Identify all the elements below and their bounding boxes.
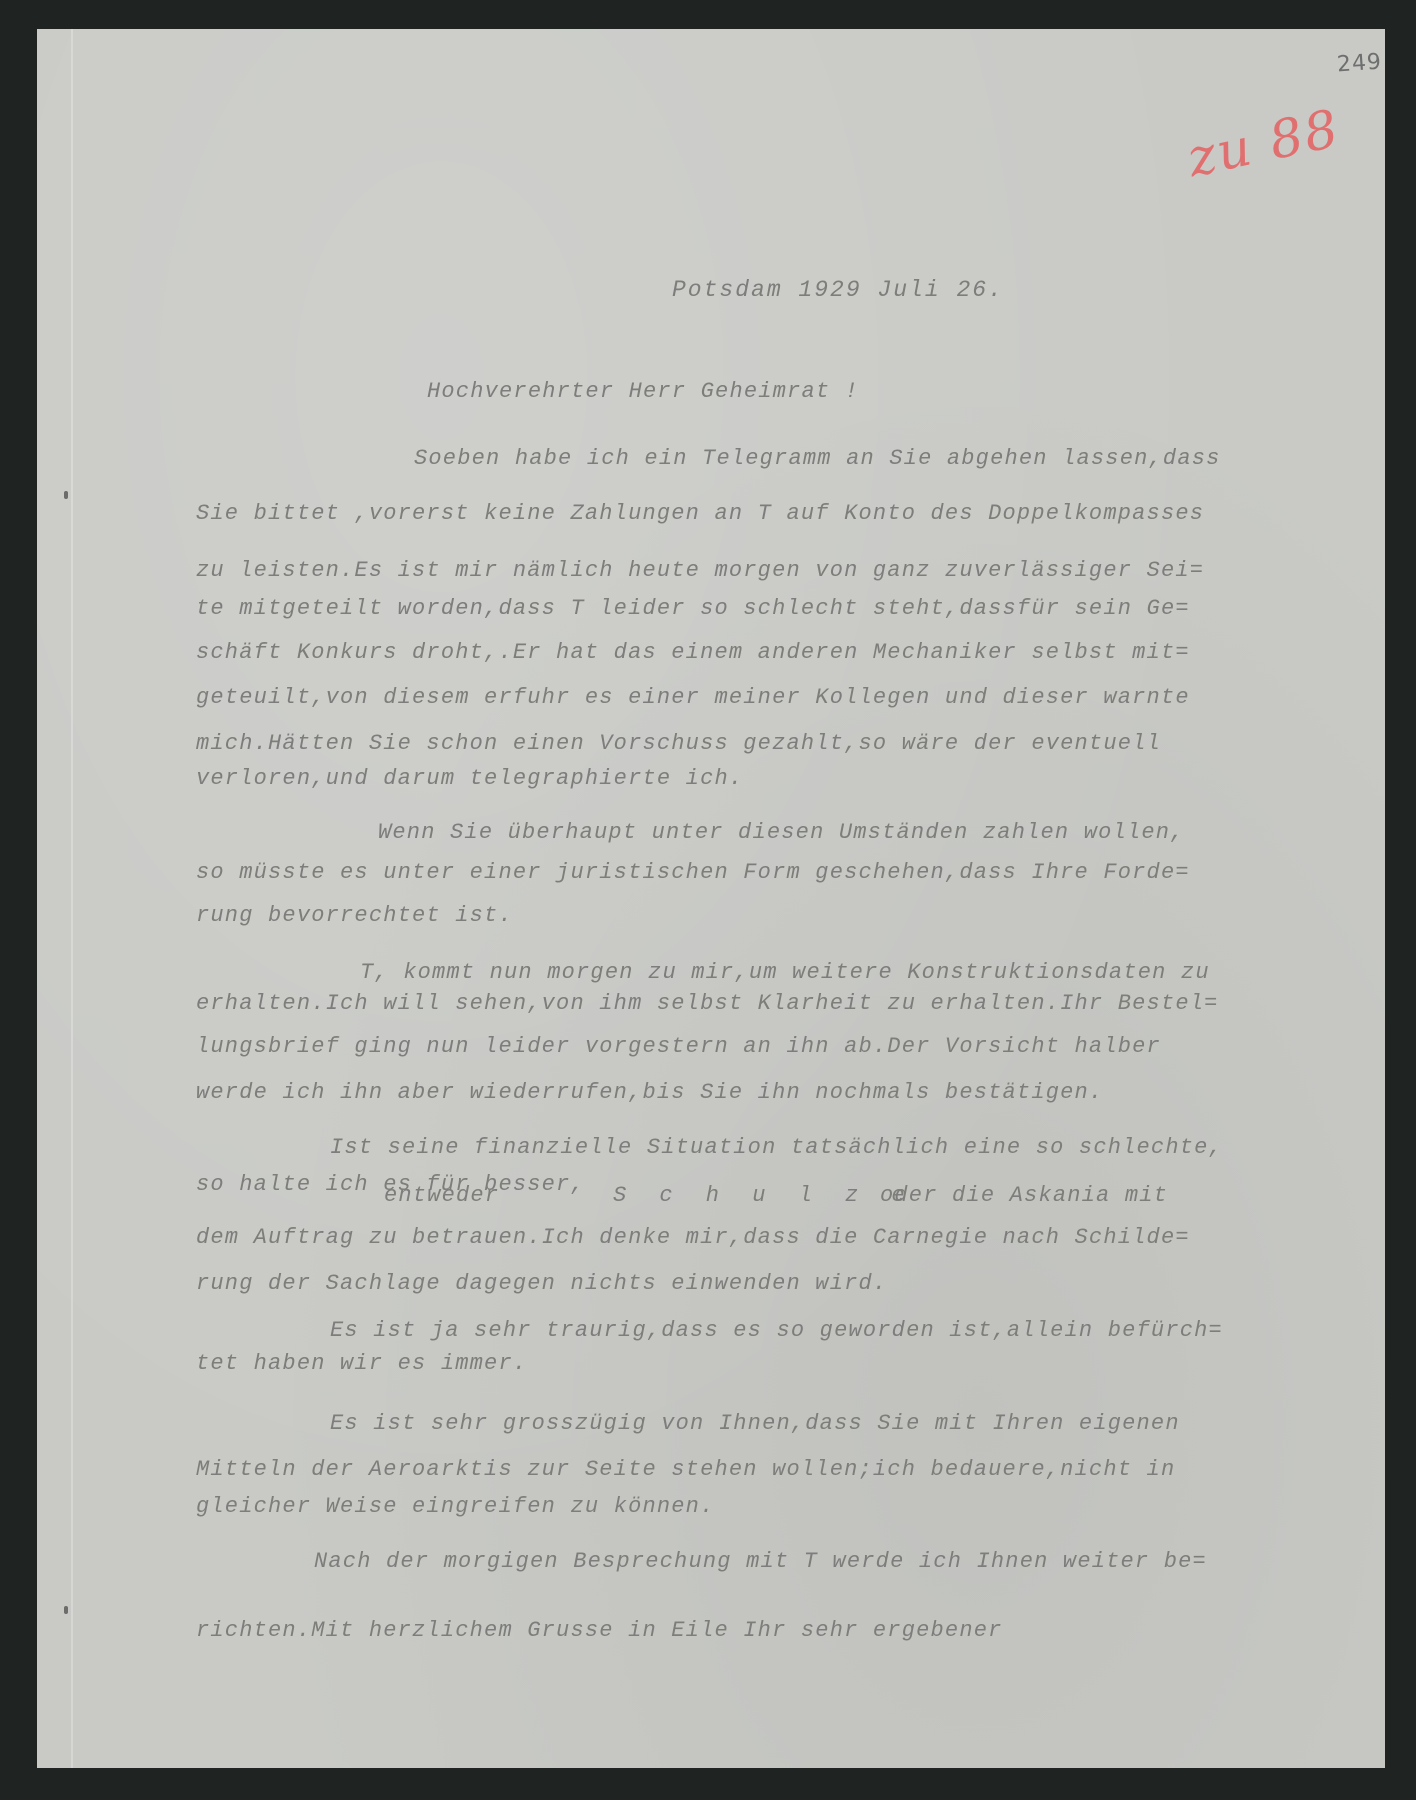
typed-line: Nach der morgigen Besprechung mit T werd… (314, 1549, 1207, 1574)
typed-line: S c h u l z e (613, 1183, 915, 1208)
typed-line: werde ich ihn aber wiederrufen,bis Sie i… (196, 1080, 1103, 1105)
typed-line: Es ist sehr grosszügig von Ihnen,dass Si… (330, 1411, 1180, 1436)
typed-line: Ist seine finanzielle Situation tatsächl… (330, 1135, 1223, 1160)
typed-line: Mitteln der Aeroarktis zur Seite stehen … (196, 1457, 1175, 1482)
typed-line: zu leisten.Es ist mir nämlich heute morg… (196, 558, 1204, 583)
typed-line: rung der Sachlage dagegen nichts einwend… (196, 1271, 887, 1296)
typed-line: entweder (384, 1183, 499, 1208)
red-pencil-annotation: zu 88 (1182, 99, 1345, 190)
typed-line: te mitgeteilt worden,dass T leider so sc… (196, 596, 1190, 621)
typed-line: lungsbrief ging nun leider vorgestern an… (196, 1034, 1161, 1059)
typed-line: T, kommt nun morgen zu mir,um weitere Ko… (360, 960, 1210, 985)
typed-line: gleicher Weise eingreifen zu können. (196, 1494, 714, 1519)
punch-mark (64, 1606, 68, 1614)
typed-line: so müsste es unter einer juristischen Fo… (196, 860, 1190, 885)
typed-line: Wenn Sie überhaupt unter diesen Umstände… (378, 820, 1185, 845)
salutation: Hochverehrter Herr Geheimrat ! (427, 379, 859, 404)
typed-line: geteuilt,von diesem erfuhr es einer mein… (196, 685, 1190, 710)
punch-mark (64, 491, 68, 499)
typed-line: Es ist ja sehr traurig,dass es so geword… (330, 1318, 1223, 1343)
typed-line: Sie bittet ,vorerst keine Zahlungen an T… (196, 501, 1204, 526)
typed-line: Soeben habe ich ein Telegramm an Sie abg… (414, 446, 1221, 471)
typed-line: richten.Mit herzlichem Grusse in Eile Ih… (196, 1618, 1003, 1643)
typed-line: dem Auftrag zu betrauen.Ich denke mir,da… (196, 1225, 1190, 1250)
paper-fold-line (71, 29, 73, 1768)
letter-page: 249 zu 88 Potsdam 1929 Juli 26. Hochvere… (37, 29, 1385, 1768)
typed-line: erhalten.Ich will sehen,von ihm selbst K… (196, 991, 1219, 1016)
typed-line: schäft Konkurs droht,.Er hat das einem a… (196, 640, 1190, 665)
typed-line: oder die Askania mit (880, 1183, 1168, 1208)
typed-line: mich.Hätten Sie schon einen Vorschuss ge… (196, 731, 1161, 756)
date-line: Potsdam 1929 Juli 26. (672, 277, 1004, 303)
typed-line: tet haben wir es immer. (196, 1351, 527, 1376)
typed-line: rung bevorrechtet ist. (196, 903, 513, 928)
folio-number: 249 (1336, 49, 1383, 77)
typed-line: verloren,und darum telegraphierte ich. (196, 766, 743, 791)
